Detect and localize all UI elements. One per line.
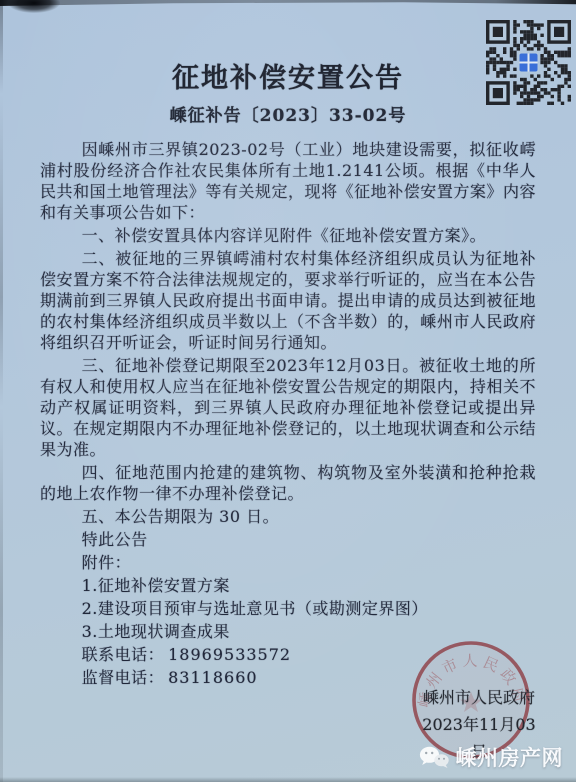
contact-phone-label: 联系电话： xyxy=(82,645,165,664)
watermark-text: 嵊州房产网 xyxy=(456,742,564,772)
body-paragraph: 三、征地补偿登记期限至2023年12月03日。被征收土地的所有权人和使用权人应当… xyxy=(40,355,536,460)
photo-edge-artifact-bottom xyxy=(0,777,576,782)
wechat-icon xyxy=(419,746,450,769)
body-paragraph: 二、被征地的三界镇嶀浦村农村集体经济组织成员认为征地补偿安置方案不符合法律法规规… xyxy=(40,248,536,353)
qr-code xyxy=(486,20,571,105)
announcement-body: 因嵊州市三界镇2023-02号（工业）地块建设需要，拟征收嶀浦村股份经济合作社农… xyxy=(40,139,536,688)
attachments-label: 附件： xyxy=(40,552,536,573)
attachment-item: 1.征地补偿安置方案 xyxy=(40,575,536,596)
body-paragraph: 五、本公告期限为 30 日。 xyxy=(40,506,536,527)
contact-phone-number: 18969533572 xyxy=(164,645,291,664)
watermark: 嵊州房产网 xyxy=(419,742,564,772)
attachment-item: 2.建设项目预审与选址意见书（或勘测定界图） xyxy=(40,598,536,619)
supervision-phone-number: 83118660 xyxy=(164,668,257,687)
photo-corner-blob xyxy=(8,0,60,13)
photo-edge-artifact-top xyxy=(0,0,576,6)
document-photo: 征地补偿安置公告 嵊征补告〔2023〕33-02号 因嵊州市三界镇2023-02… xyxy=(0,0,576,782)
body-paragraph: 四、征地范围内抢建的建筑物、构筑物及室外装潢和抢种抢栽的地上农作物一律不办理补偿… xyxy=(40,462,536,504)
signature-issuer: 嵊州市人民政府 xyxy=(418,684,540,711)
supervision-phone-label: 监督电话： xyxy=(82,668,165,687)
doc-number: 嵊征补告〔2023〕33-02号 xyxy=(0,105,576,127)
body-paragraph: 一、补偿安置具体内容详见附件《征地补偿安置方案》。 xyxy=(40,225,536,246)
closing-line: 特此公告 xyxy=(40,529,536,550)
body-paragraph: 因嵊州市三界镇2023-02号（工业）地块建设需要，拟征收嶀浦村股份经济合作社农… xyxy=(40,139,536,223)
